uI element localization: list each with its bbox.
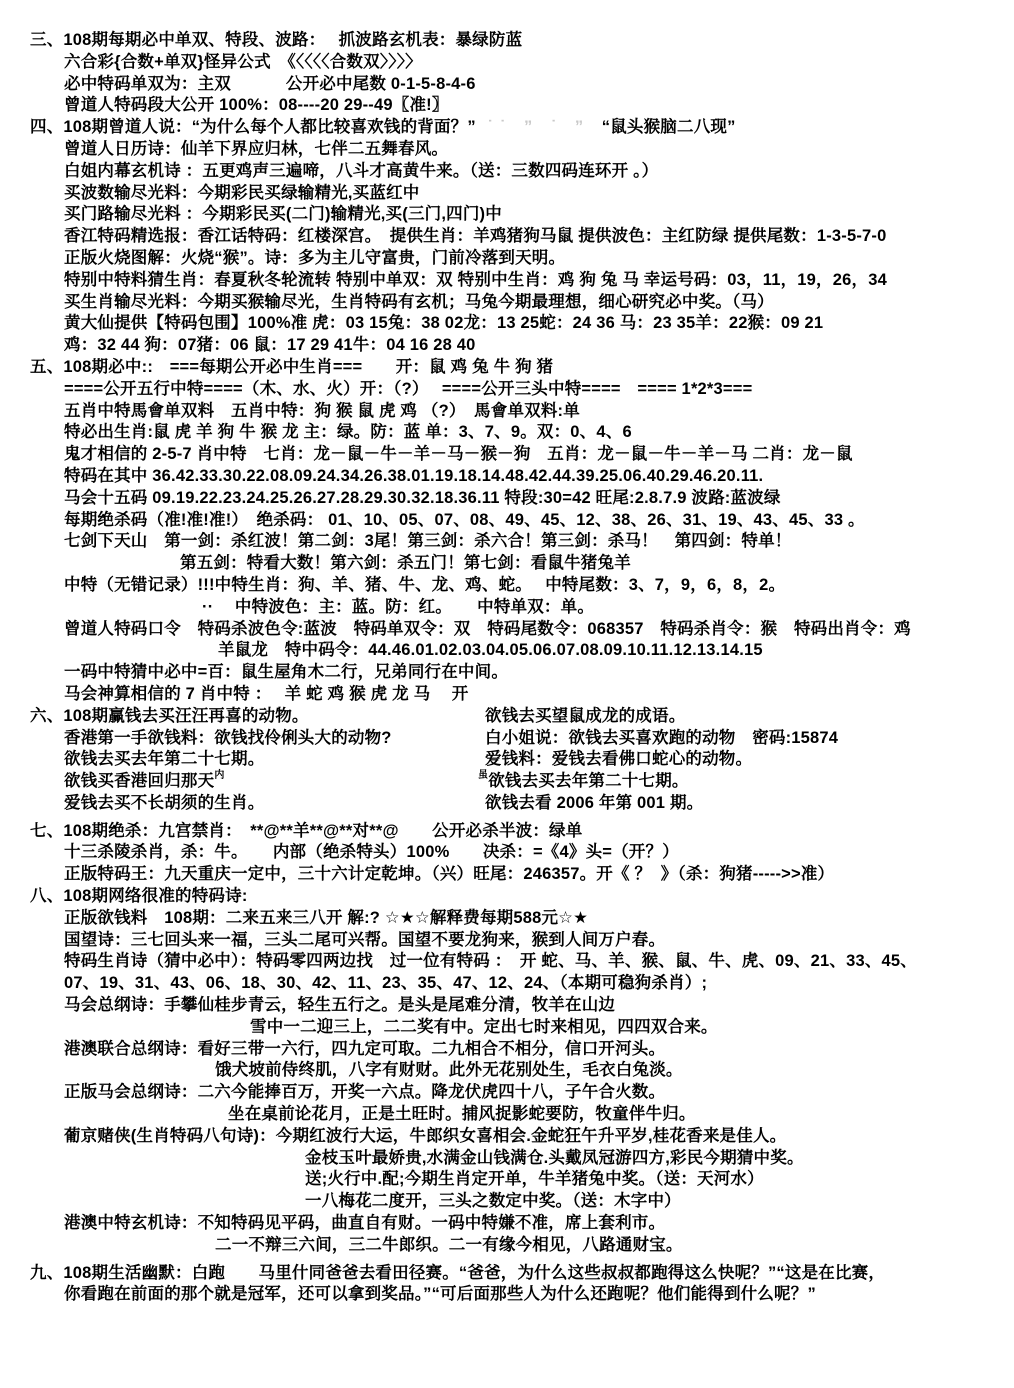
- text-run: 葡京赌侠(生肖特码八句诗)：今期红波行大运，牛郎织女喜相会.金蛇狂午升平岁,桂花…: [64, 1127, 786, 1145]
- right-column-text: 欲钱去买望鼠成龙的成语。: [485, 706, 685, 728]
- text-line: 爱钱去买不长胡须的生肖。欲钱去看 2006 年第 001 期。: [64, 793, 1014, 815]
- right-column-text: 白小姐说：欲钱去买喜欢跑的动物 密码:15874: [485, 728, 838, 750]
- right-column-text: 虽欲钱去买去年第二十七期。: [478, 771, 689, 793]
- text-run: 曾道人特码口令 特码杀波色令:蓝波 特码单双令：双 特码尾数令：068357 特…: [64, 620, 911, 638]
- text-run: 白姐内幕玄机诗 ：五更鸡声三遍啼，八斗才高黄牛来。（送：三数四码连环开 。）: [64, 162, 658, 180]
- superscript-mark: 虽: [478, 770, 488, 781]
- text-run: 正版火烧图解：火烧“猴”。诗：多为主儿守富贵，门前冷落到天明。: [64, 249, 565, 267]
- text-line: 正版火烧图解：火烧“猴”。诗：多为主儿守富贵，门前冷落到天明。: [64, 248, 1014, 270]
- section-5-heading: 五、108期必中:: ===每期公开必中生肖=== 开：鼠 鸡 兔 牛 狗 猪: [30, 357, 1014, 379]
- text-line: 特别中特料猜生肖：春夏秋冬轮流转 特别中单双：双 特别中生肖：鸡 狗 兔 马 幸…: [64, 270, 1014, 292]
- text-run: 马会十五码 09.19.22.23.24.25.26.27.28.29.30.3…: [64, 489, 781, 507]
- text-line: 七剑下天山 第一剑：杀红波！第二剑：3尾！第三剑：杀六合！第三剑：杀马！ 第四剑…: [64, 531, 1014, 553]
- text-run: 特别中特料猜生肖：春夏秋冬轮流转 特别中单双：双 特别中生肖：鸡 狗 兔 马 幸…: [64, 271, 887, 289]
- text-line: 曾道人日历诗：仙羊下界应归林，七伴二五舞春风。: [64, 139, 1014, 161]
- text-line: 买生肖输尽光料：今期买猴输尽光，生肖特码有玄机；马兔今期最理想，细心研究必中奖。…: [64, 292, 1014, 314]
- text-run: 二一不辩三六间，三二牛郎织。二一有缘今相见，八路通财宝。: [215, 1236, 683, 1254]
- text-line: 饿犬坡前侍终肌，八字有财财。此外无花别处生，毛衣白兔淡。: [215, 1060, 1014, 1082]
- text-line: 雪中一二迎三上，二二奖有中。定出七时来相见，四四双合来。: [250, 1017, 1014, 1039]
- text-line: 欲钱去买去年第二十七期。爱钱料：爱钱去看佛口蛇心的动物。: [64, 749, 1014, 771]
- text-run: 每期绝杀码（准!准!准!） 绝杀码： 01、10、05、07、08、49、45、…: [64, 511, 865, 529]
- text-run: ====公开五行中特====（木、水、火）开：（?） ====公开三头中特===…: [64, 380, 752, 398]
- text-run: 港澳中特玄机诗：不知特码见平码，曲直自有财。一码中特嫌不准，席上套利市。: [64, 1214, 665, 1232]
- text-line: 香江特码精选报：香江话特码：红楼深宫。 提供生肖：羊鸡猪狗马鼠 提供波色：主红防…: [64, 226, 1014, 248]
- section-8-heading: 八、108期网络很准的特码诗:: [30, 886, 1014, 908]
- text-line: 欲钱买香港回归那天内虽欲钱去买去年第二十七期。: [64, 771, 1014, 793]
- text-line: 07、19、31、43、06、18、30、42、11、23、35、47、12、2…: [64, 973, 1014, 995]
- text-line: 鬼才相信的 2-5-7 肖中特 七肖：龙－鼠－牛－羊－马－猴－狗 五肖：龙－鼠－…: [64, 444, 1014, 466]
- text-run: 鸡：32 44 狗：07猪：06 鼠：17 29 41牛：04 16 28 40: [64, 336, 476, 354]
- text-line: 二一不辩三六间，三二牛郎织。二一有缘今相见，八路通财宝。: [215, 1235, 1014, 1257]
- text-run: 七、108期绝杀：九宫禁肖： **@**羊**@**对**@ 公开必杀半波：绿单: [30, 822, 582, 840]
- section-4-heading: 四、108期曾道人说：“为什么每个人都比较喜欢钱的背面？” ˙˙ ” ˙ ” “…: [30, 117, 1014, 139]
- text-line: 六合彩{合数+单双}怪异公式 《〈〈〈〈合数双〉〉〉〉: [64, 52, 1014, 74]
- superscript-mark: 内: [214, 770, 224, 781]
- text-line: 香港第一手欲钱料：欲钱找伶俐头大的动物?白小姐说：欲钱去买喜欢跑的动物 密码:1…: [64, 728, 1014, 750]
- text-run: 特码在其中 36.42.33.30.22.08.09.24.34.26.38.0…: [64, 467, 763, 485]
- text-run: 中特（无错记录）!!!中特生肖：狗、羊、猪、牛、龙、鸡、蛇。 中特尾数：3、7，…: [64, 576, 785, 594]
- text-run: 买波数输尽光料：今期彩民买绿输精光,买蓝红中: [64, 184, 419, 202]
- text-run: 欲钱去看 2006 年第 001 期。: [485, 794, 703, 812]
- text-run: 正版特码王：九天重庆一定中，三十六计定乾坤。（兴）旺尾：246357。开《 ？ …: [64, 865, 834, 883]
- text-line: 葡京赌侠(生肖特码八句诗)：今期红波行大运，牛郎织女喜相会.金蛇狂午升平岁,桂花…: [64, 1126, 1014, 1148]
- text-line: 每期绝杀码（准!准!准!） 绝杀码： 01、10、05、07、08、49、45、…: [64, 510, 1014, 532]
- text-run: 羊鼠龙 特中码令：44.46.01.02.03.04.05.06.07.08.0…: [218, 641, 763, 659]
- text-line: 黄大仙提供【特码包围】100%准 虎：03 15兔：38 02龙：13 25蛇：…: [64, 313, 1014, 335]
- text-run: 十三杀陵杀肖，杀：牛。 内部（绝杀特头）100% 决杀：=《4》头=（开？）: [64, 843, 679, 861]
- text-run: 三、108期每期必中单双、特段、波路： 抓波路玄机表：暴绿防蓝: [30, 31, 522, 49]
- text-run: 八、108期网络很准的特码诗:: [30, 887, 248, 905]
- text-run: 港澳联合总纲诗：看好三带一六行，四九定可取。二九相合不相分，信口开河头。: [64, 1040, 665, 1058]
- text-run: 07、19、31、43、06、18、30、42、11、23、35、47、12、2…: [64, 974, 707, 992]
- text-line: 金枝玉叶最娇贵,水满金山钱满仓.头戴凤冠游四方,彩民今期猜中奖。: [305, 1148, 1014, 1170]
- text-run: 特码生肖诗（猜中必中）：特码零四两边找 过一位有特码 ： 开 蛇、马、羊、猴、鼠…: [64, 952, 917, 970]
- text-run: ·· 中特波色：主：蓝。防：红。 中特单双：单。: [202, 598, 594, 616]
- text-line: 送;火行中.配;今期生肖定开单，牛羊猪兔中奖。（送：天河水）: [305, 1169, 1014, 1191]
- text-run: 六、108期赢钱去买汪汪再喜的动物。: [30, 707, 309, 725]
- text-run: 欲钱去买去年第二十七期。: [64, 750, 264, 768]
- text-run: 饿犬坡前侍终肌，八字有财财。此外无花别处生，毛衣白兔淡。: [215, 1061, 683, 1079]
- text-run: 金枝玉叶最娇贵,水满金山钱满仓.头戴凤冠游四方,彩民今期猜中奖。: [305, 1149, 804, 1167]
- text-run: 欲钱去买望鼠成龙的成语。: [485, 707, 685, 725]
- text-line: 一八梅花二度开，三头之数定中奖。（送：木字中）: [305, 1191, 1014, 1213]
- text-run: 鬼才相信的 2-5-7 肖中特 七肖：龙－鼠－牛－羊－马－猴－狗 五肖：龙－鼠－…: [64, 445, 853, 463]
- right-column-text: 欲钱去看 2006 年第 001 期。: [485, 793, 703, 815]
- text-run: 国望诗：三七回头来一福，三头二尾可兴帮。国望不要龙狗来，猴到人间万户春。: [64, 931, 665, 949]
- text-line: 正版特码王：九天重庆一定中，三十六计定乾坤。（兴）旺尾：246357。开《 ？ …: [64, 864, 1014, 886]
- text-run: 雪中一二迎三上，二二奖有中。定出七时来相见，四四双合来。: [250, 1018, 718, 1036]
- text-line: 买波数输尽光料：今期彩民买绿输精光,买蓝红中: [64, 183, 1014, 205]
- text-run: 爱钱去买不长胡须的生肖。: [64, 794, 264, 812]
- text-run: 爱钱料：爱钱去看佛口蛇心的动物。: [485, 750, 752, 768]
- text-line: 坐在桌前论花月，正是土旺时。捕风捉影蛇要防，牧童伴牛归。: [228, 1104, 1014, 1126]
- text-line: 白姐内幕玄机诗 ：五更鸡声三遍啼，八斗才高黄牛来。（送：三数四码连环开 。）: [64, 161, 1014, 183]
- text-line: 港澳中特玄机诗：不知特码见平码，曲直自有财。一码中特嫌不准，席上套利市。: [64, 1213, 1014, 1235]
- text-run: 香港第一手欲钱料：欲钱找伶俐头大的动物?: [64, 729, 392, 747]
- text-run: 正版欲钱料 108期：二来五来三八开 解:? ☆★☆解释费每期588元☆★: [64, 909, 588, 927]
- text-run: 香江特码精选报：香江话特码：红楼深宫。 提供生肖：羊鸡猪狗马鼠 提供波色：主红防…: [64, 227, 886, 245]
- text-line: 正版欲钱料 108期：二来五来三八开 解:? ☆★☆解释费每期588元☆★: [64, 908, 1014, 930]
- text-line: 羊鼠龙 特中码令：44.46.01.02.03.04.05.06.07.08.0…: [218, 640, 1014, 662]
- text-run: 欲钱去买去年第二十七期。: [488, 772, 688, 790]
- text-run: 马会总纲诗：手攀仙桂步青云，轻生五行之。是头是尾难分清，牧羊在山边: [64, 996, 615, 1014]
- text-run: 六合彩{合数+单双}怪异公式 《〈〈〈〈合数双〉〉〉〉: [64, 53, 422, 71]
- text-line: 鸡：32 44 狗：07猪：06 鼠：17 29 41牛：04 16 28 40: [64, 335, 1014, 357]
- section-6-heading: 六、108期赢钱去买汪汪再喜的动物。欲钱去买望鼠成龙的成语。: [30, 706, 1014, 728]
- text-line: 曾道人特码段大公开 100%：08----20 29--49〖准!〗: [64, 95, 1014, 117]
- text-run: 一八梅花二度开，三头之数定中奖。（送：木字中）: [305, 1192, 681, 1210]
- text-line: 特码生肖诗（猜中必中）：特码零四两边找 过一位有特码 ： 开 蛇、马、羊、猴、鼠…: [64, 951, 1014, 973]
- text-line: 特码在其中 36.42.33.30.22.08.09.24.34.26.38.0…: [64, 466, 1014, 488]
- text-run: 七剑下天山 第一剑：杀红波！第二剑：3尾！第三剑：杀六合！第三剑：杀马！ 第四剑…: [64, 532, 791, 550]
- section-3-heading: 三、108期每期必中单双、特段、波路： 抓波路玄机表：暴绿防蓝: [30, 30, 1014, 52]
- text-lines-container: 三、108期每期必中单双、特段、波路： 抓波路玄机表：暴绿防蓝六合彩{合数+单双…: [0, 30, 1014, 1306]
- text-line: 马会十五码 09.19.22.23.24.25.26.27.28.29.30.3…: [64, 488, 1014, 510]
- text-line: 一码中特猜中必中=百：鼠生屋角木二行，兄弟同行在中间。: [64, 662, 1014, 684]
- text-line: 中特（无错记录）!!!中特生肖：狗、羊、猪、牛、龙、鸡、蛇。 中特尾数：3、7，…: [64, 575, 1014, 597]
- text-line: 马会总纲诗：手攀仙桂步青云，轻生五行之。是头是尾难分清，牧羊在山边: [64, 995, 1014, 1017]
- text-line: 曾道人特码口令 特码杀波色令:蓝波 特码单双令：双 特码尾数令：068357 特…: [64, 619, 1014, 641]
- text-run: 黄大仙提供【特码包围】100%准 虎：03 15兔：38 02龙：13 25蛇：…: [64, 314, 823, 332]
- text-line: 第五剑：特看大数！第六剑：杀五门！第七剑：看鼠牛猪兔羊: [180, 553, 1014, 575]
- text-run: 你看跑在前面的那个就是冠军，还可以拿到奖品。”“可后面那些人为什么还跑呢？他们能…: [64, 1285, 816, 1303]
- text-line: 十三杀陵杀肖，杀：牛。 内部（绝杀特头）100% 决杀：=《4》头=（开？）: [64, 842, 1014, 864]
- text-line: 港澳联合总纲诗：看好三带一六行，四九定可取。二九相合不相分，信口开河头。: [64, 1039, 1014, 1061]
- text-run: 五、108期必中:: ===每期公开必中生肖=== 开：鼠 鸡 兔 牛 狗 猪: [30, 358, 553, 376]
- text-line: 正版马会总纲诗：二六今能捧百万，开奖一六点。降龙伏虎四十八，子午合火数。: [64, 1082, 1014, 1104]
- text-run: 必中特码单双为：主双 公开必中尾数 0-1-5-8-4-6: [64, 75, 476, 93]
- text-run: 坐在桌前论花月，正是土旺时。捕风捉影蛇要防，牧童伴牛归。: [228, 1105, 696, 1123]
- text-line: 五肖中特馬會单双料 五肖中特：狗 猴 鼠 虎 鸡 （?） 馬會单双料:单: [64, 401, 1014, 423]
- text-line: 特必出生肖:鼠 虎 羊 狗 牛 猴 龙 主：绿。防：蓝 单：3、7、9。双：0、…: [64, 422, 1014, 444]
- document-page: 三、108期每期必中单双、特段、波路： 抓波路玄机表：暴绿防蓝六合彩{合数+单双…: [0, 0, 1014, 1388]
- right-column-text: 爱钱料：爱钱去看佛口蛇心的动物。: [485, 749, 752, 771]
- text-run: 曾道人特码段大公开 100%：08----20 29--49〖准!〗: [64, 96, 449, 114]
- text-line: 必中特码单双为：主双 公开必中尾数 0-1-5-8-4-6: [64, 74, 1014, 96]
- text-run: 送;火行中.配;今期生肖定开单，牛羊猪兔中奖。（送：天河水）: [305, 1170, 764, 1188]
- text-run: 五肖中特馬會单双料 五肖中特：狗 猴 鼠 虎 鸡 （?） 馬會单双料:单: [64, 402, 580, 420]
- text-run: 马会神算相信的 7 肖中特 ： 羊 蛇 鸡 猴 虎 龙 马 开: [64, 685, 468, 703]
- text-run: 曾道人日历诗：仙羊下界应归林，七伴二五舞春风。: [64, 140, 448, 158]
- text-line: 买门路输尽光料 ：今期彩民买(二门)输精光,买(三门,四门)中: [64, 204, 1014, 226]
- text-run: 九、108期生活幽默：白跑 马里什同爸爸去看田径赛。“爸爸，为什么这些叔叔都跑得…: [30, 1264, 885, 1282]
- text-run: 白小姐说：欲钱去买喜欢跑的动物 密码:15874: [485, 729, 838, 747]
- text-line: 你看跑在前面的那个就是冠军，还可以拿到奖品。”“可后面那些人为什么还跑呢？他们能…: [64, 1284, 1014, 1306]
- text-line: 国望诗：三七回头来一福，三头二尾可兴帮。国望不要龙狗来，猴到人间万户春。: [64, 930, 1014, 952]
- text-run: 正版马会总纲诗：二六今能捧百万，开奖一六点。降龙伏虎四十八，子午合火数。: [64, 1083, 665, 1101]
- text-run: “鼠头猴脑二八现”: [602, 118, 736, 136]
- text-run: 一码中特猜中必中=百：鼠生屋角木二行，兄弟同行在中间。: [64, 663, 508, 681]
- faded-text: ˙˙ ” ˙ ”: [476, 118, 602, 136]
- text-run: 买门路输尽光料 ：今期彩民买(二门)输精光,买(三门,四门)中: [64, 205, 502, 223]
- text-line: 马会神算相信的 7 肖中特 ： 羊 蛇 鸡 猴 虎 龙 马 开: [64, 684, 1014, 706]
- text-line: ·· 中特波色：主：蓝。防：红。 中特单双：单。: [202, 597, 1014, 619]
- text-run: 买生肖输尽光料：今期买猴输尽光，生肖特码有玄机；马兔今期最理想，细心研究必中奖。…: [64, 293, 774, 311]
- text-line: ====公开五行中特====（木、水、火）开：（?） ====公开三头中特===…: [64, 379, 1014, 401]
- text-run: 特必出生肖:鼠 虎 羊 狗 牛 猴 龙 主：绿。防：蓝 单：3、7、9。双：0、…: [64, 423, 632, 441]
- text-run: 欲钱买香港回归那天: [64, 772, 214, 790]
- section-9-heading: 九、108期生活幽默：白跑 马里什同爸爸去看田径赛。“爸爸，为什么这些叔叔都跑得…: [30, 1263, 1014, 1285]
- section-7-heading: 七、108期绝杀：九宫禁肖： **@**羊**@**对**@ 公开必杀半波：绿单: [30, 821, 1014, 843]
- text-run: 第五剑：特看大数！第六剑：杀五门！第七剑：看鼠牛猪兔羊: [180, 554, 631, 572]
- text-run: 四、108期曾道人说：“为什么每个人都比较喜欢钱的背面？”: [30, 118, 476, 136]
